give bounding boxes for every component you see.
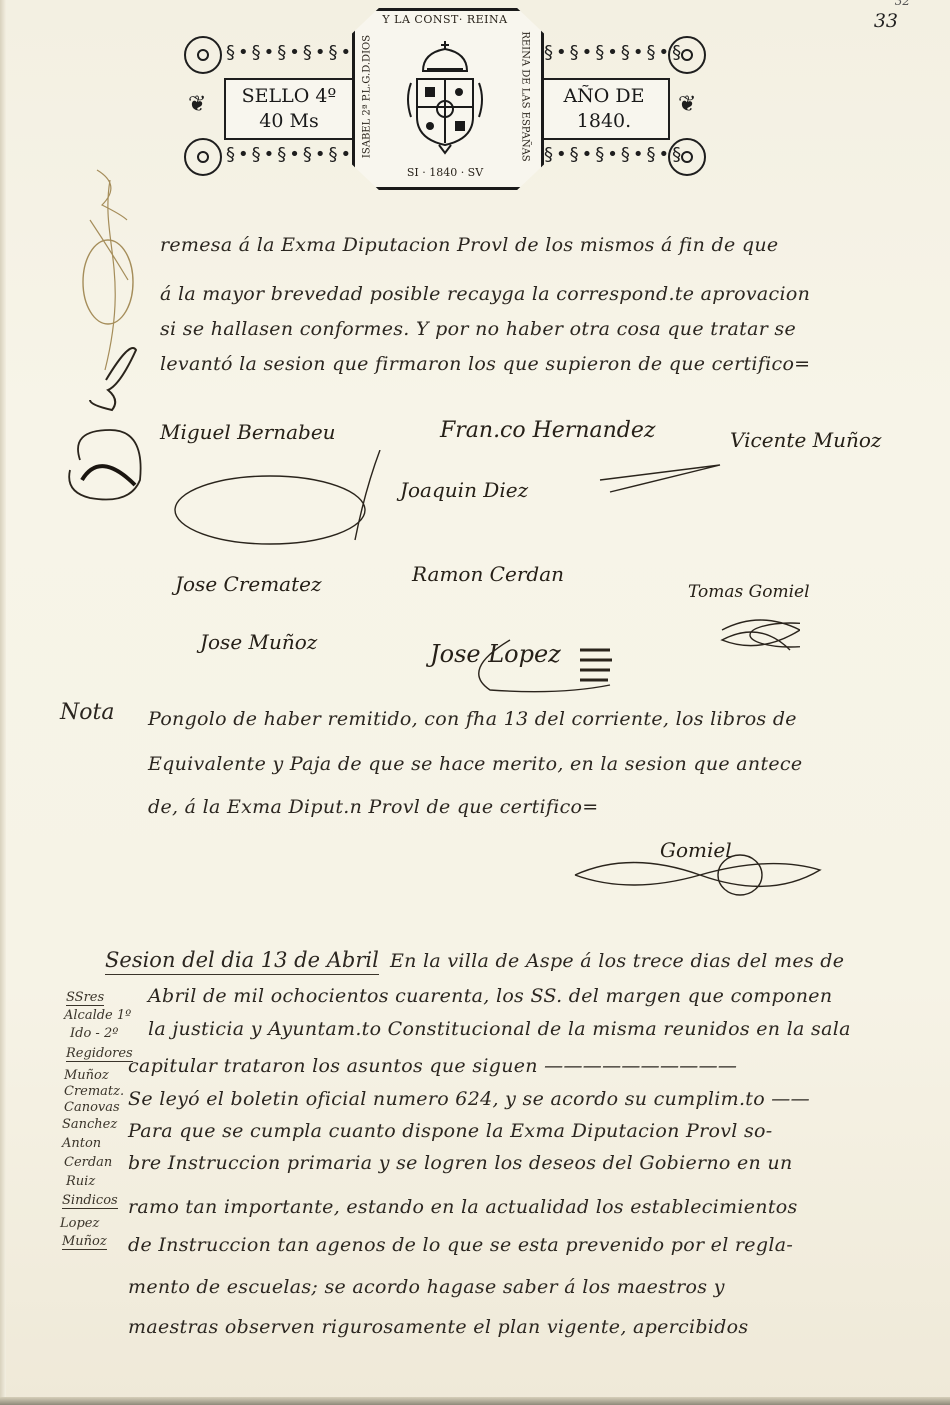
- signature-flourishes-icon: [160, 450, 800, 700]
- margin-item: Canovas: [64, 1100, 120, 1115]
- ornament-row: §•§•§•§•§•§: [544, 144, 684, 165]
- stamp-class: SELLO 4º: [226, 84, 352, 109]
- note-line: Equivalente y Paja de que se hace merito…: [148, 753, 802, 775]
- body-line: á la mayor brevedad posible recayga la c…: [160, 283, 810, 305]
- ornament-side: ❦: [678, 92, 699, 117]
- margin-item: SSres: [66, 990, 104, 1006]
- stamp-year-box: AÑO DE 1840.: [538, 78, 670, 140]
- session-line: En la villa de Aspe á los trece dias del…: [390, 950, 844, 972]
- stamp-year: 1840.: [540, 109, 668, 134]
- folio-number: 33: [874, 10, 898, 32]
- margin-item: Ido - 2º: [70, 1026, 118, 1041]
- body-line: levantó la sesion que firmaron los que s…: [160, 353, 810, 375]
- seal-right-text: REINA DE LAS ESPAÑAS: [520, 27, 531, 167]
- royal-seal-content: Y LA CONST· REINA ISABEL 2ª P.L.G.D.DIOS…: [355, 11, 535, 181]
- ornament-side: ❦: [188, 92, 209, 117]
- session-line: Para que se cumpla cuanto dispone la Exm…: [128, 1120, 772, 1142]
- body-line: remesa á la Exma Diputacion Provl de los…: [160, 234, 778, 256]
- margin-item: Muñoz: [64, 1068, 109, 1083]
- margin-item: Crematz.: [64, 1084, 124, 1099]
- signature-flourish-icon: [570, 850, 830, 900]
- stamp-header: §•§•§•§•§•§ §•§•§•§•§•§ §•§•§•§•§•§ §•§•…: [182, 8, 708, 184]
- margin-item: Sindicos: [62, 1193, 118, 1209]
- folio-top-mark: 32: [895, 0, 910, 8]
- stamp-value-box: SELLO 4º 40 Ms: [224, 78, 354, 140]
- margin-item: Regidores: [66, 1046, 133, 1062]
- margin-mark-icon: [92, 165, 132, 225]
- session-line: bre Instruccion primaria y se logren los…: [128, 1152, 792, 1174]
- body-line: si se hallasen conformes. Y por no haber…: [160, 318, 796, 340]
- coat-of-arms-icon: [403, 39, 487, 155]
- ornament-row: §•§•§•§•§•§: [544, 42, 684, 63]
- stamp-year-label: AÑO DE: [540, 84, 668, 109]
- seal-top-text: Y LA CONST· REINA: [355, 13, 535, 26]
- session-line: capitular trataron los asuntos que sigue…: [128, 1055, 737, 1077]
- rosette-icon: [184, 138, 222, 176]
- signature: Vicente Muñoz: [730, 428, 881, 452]
- seal-bottom-text: SI · 1840 · SV: [355, 166, 535, 179]
- note-line: Pongolo de haber remitido, con fha 13 de…: [148, 708, 797, 730]
- margin-item: Muñoz: [62, 1234, 107, 1250]
- margin-item: Anton: [62, 1136, 101, 1151]
- session-line: mento de escuelas; se acordo hagase sabe…: [128, 1276, 725, 1298]
- margin-item: Sanchez: [62, 1117, 117, 1132]
- page-bottom-edge: [0, 1397, 950, 1405]
- note-label: Nota: [60, 700, 114, 725]
- session-heading: Sesion del dia 13 de Abril: [105, 948, 379, 975]
- margin-item: Ruiz: [66, 1174, 95, 1189]
- session-line: maestras observen rigurosamente el plan …: [128, 1316, 748, 1338]
- ornament-row: §•§•§•§•§•§: [226, 42, 366, 63]
- seal-left-text: ISABEL 2ª P.L.G.D.DIOS: [362, 27, 373, 167]
- margin-item: Lopez: [60, 1216, 99, 1231]
- margin-item: Cerdan: [64, 1155, 112, 1170]
- session-line: Se leyó el boletin oficial numero 624, y…: [128, 1088, 810, 1110]
- margin-item: Alcalde 1º: [64, 1008, 131, 1023]
- stamp-price: 40 Ms: [226, 109, 352, 134]
- signature: Miguel Bernabeu: [160, 420, 336, 444]
- page-left-edge: [0, 0, 6, 1405]
- signature: Fran.co Hernandez: [440, 418, 656, 443]
- note-line: de, á la Exma Diput.n Provl de que certi…: [148, 796, 599, 818]
- margin-flourish-icon: [60, 180, 170, 510]
- session-line: Abril de mil ochocientos cuarenta, los S…: [148, 985, 832, 1007]
- session-line: ramo tan importante, estando en la actua…: [128, 1196, 798, 1218]
- ornament-row: §•§•§•§•§•§: [226, 144, 366, 165]
- rosette-icon: [184, 36, 222, 74]
- session-line: de Instruccion tan agenos de lo que se e…: [128, 1234, 793, 1256]
- session-line: la justicia y Ayuntam.to Constitucional …: [148, 1018, 851, 1040]
